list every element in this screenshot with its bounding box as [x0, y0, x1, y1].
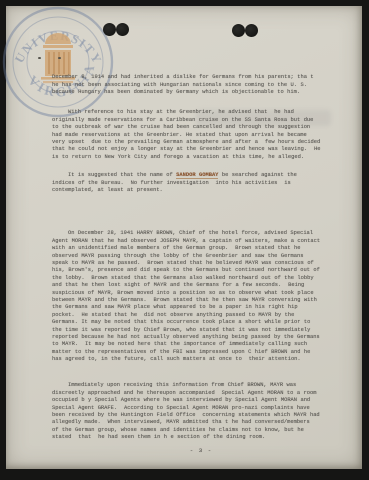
university-seal-icon: UNIVERSITY OF VIRGINIA — [0, 4, 120, 124]
hole-punch-dot — [103, 23, 116, 36]
ink-speck — [38, 57, 41, 59]
page-number: - 3 - — [66, 447, 336, 454]
ink-speck — [58, 57, 61, 59]
paragraph-text-before-name: It is suggested that the name of — [68, 172, 176, 178]
paragraph-brown-observation: On December 28, 1941 HARRY BROWN, Chief … — [52, 230, 322, 363]
paragraph-mayr-interview: Immediately upon receiving this informat… — [52, 382, 322, 441]
hole-punch-dot — [116, 23, 129, 36]
hole-punch-dot — [245, 24, 258, 37]
hole-punch-dot — [232, 24, 245, 37]
scanned-document-view: { "doc": { "page_number": "- 3 -", "seal… — [0, 0, 369, 480]
document-page: UNIVERSITY OF VIRGINIA December 8, — [6, 6, 362, 469]
paragraph-indices-suggestion: It is suggested that the name of SANDOR … — [52, 172, 322, 194]
highlighted-subject-name: SANDOR GOMBAY — [176, 172, 218, 179]
paragraph-greenbrier-stay: With reference to his stay at the Greenb… — [52, 109, 322, 161]
paragraph-continued-bio: December 8, 1914 and had inherited a dis… — [52, 74, 322, 96]
